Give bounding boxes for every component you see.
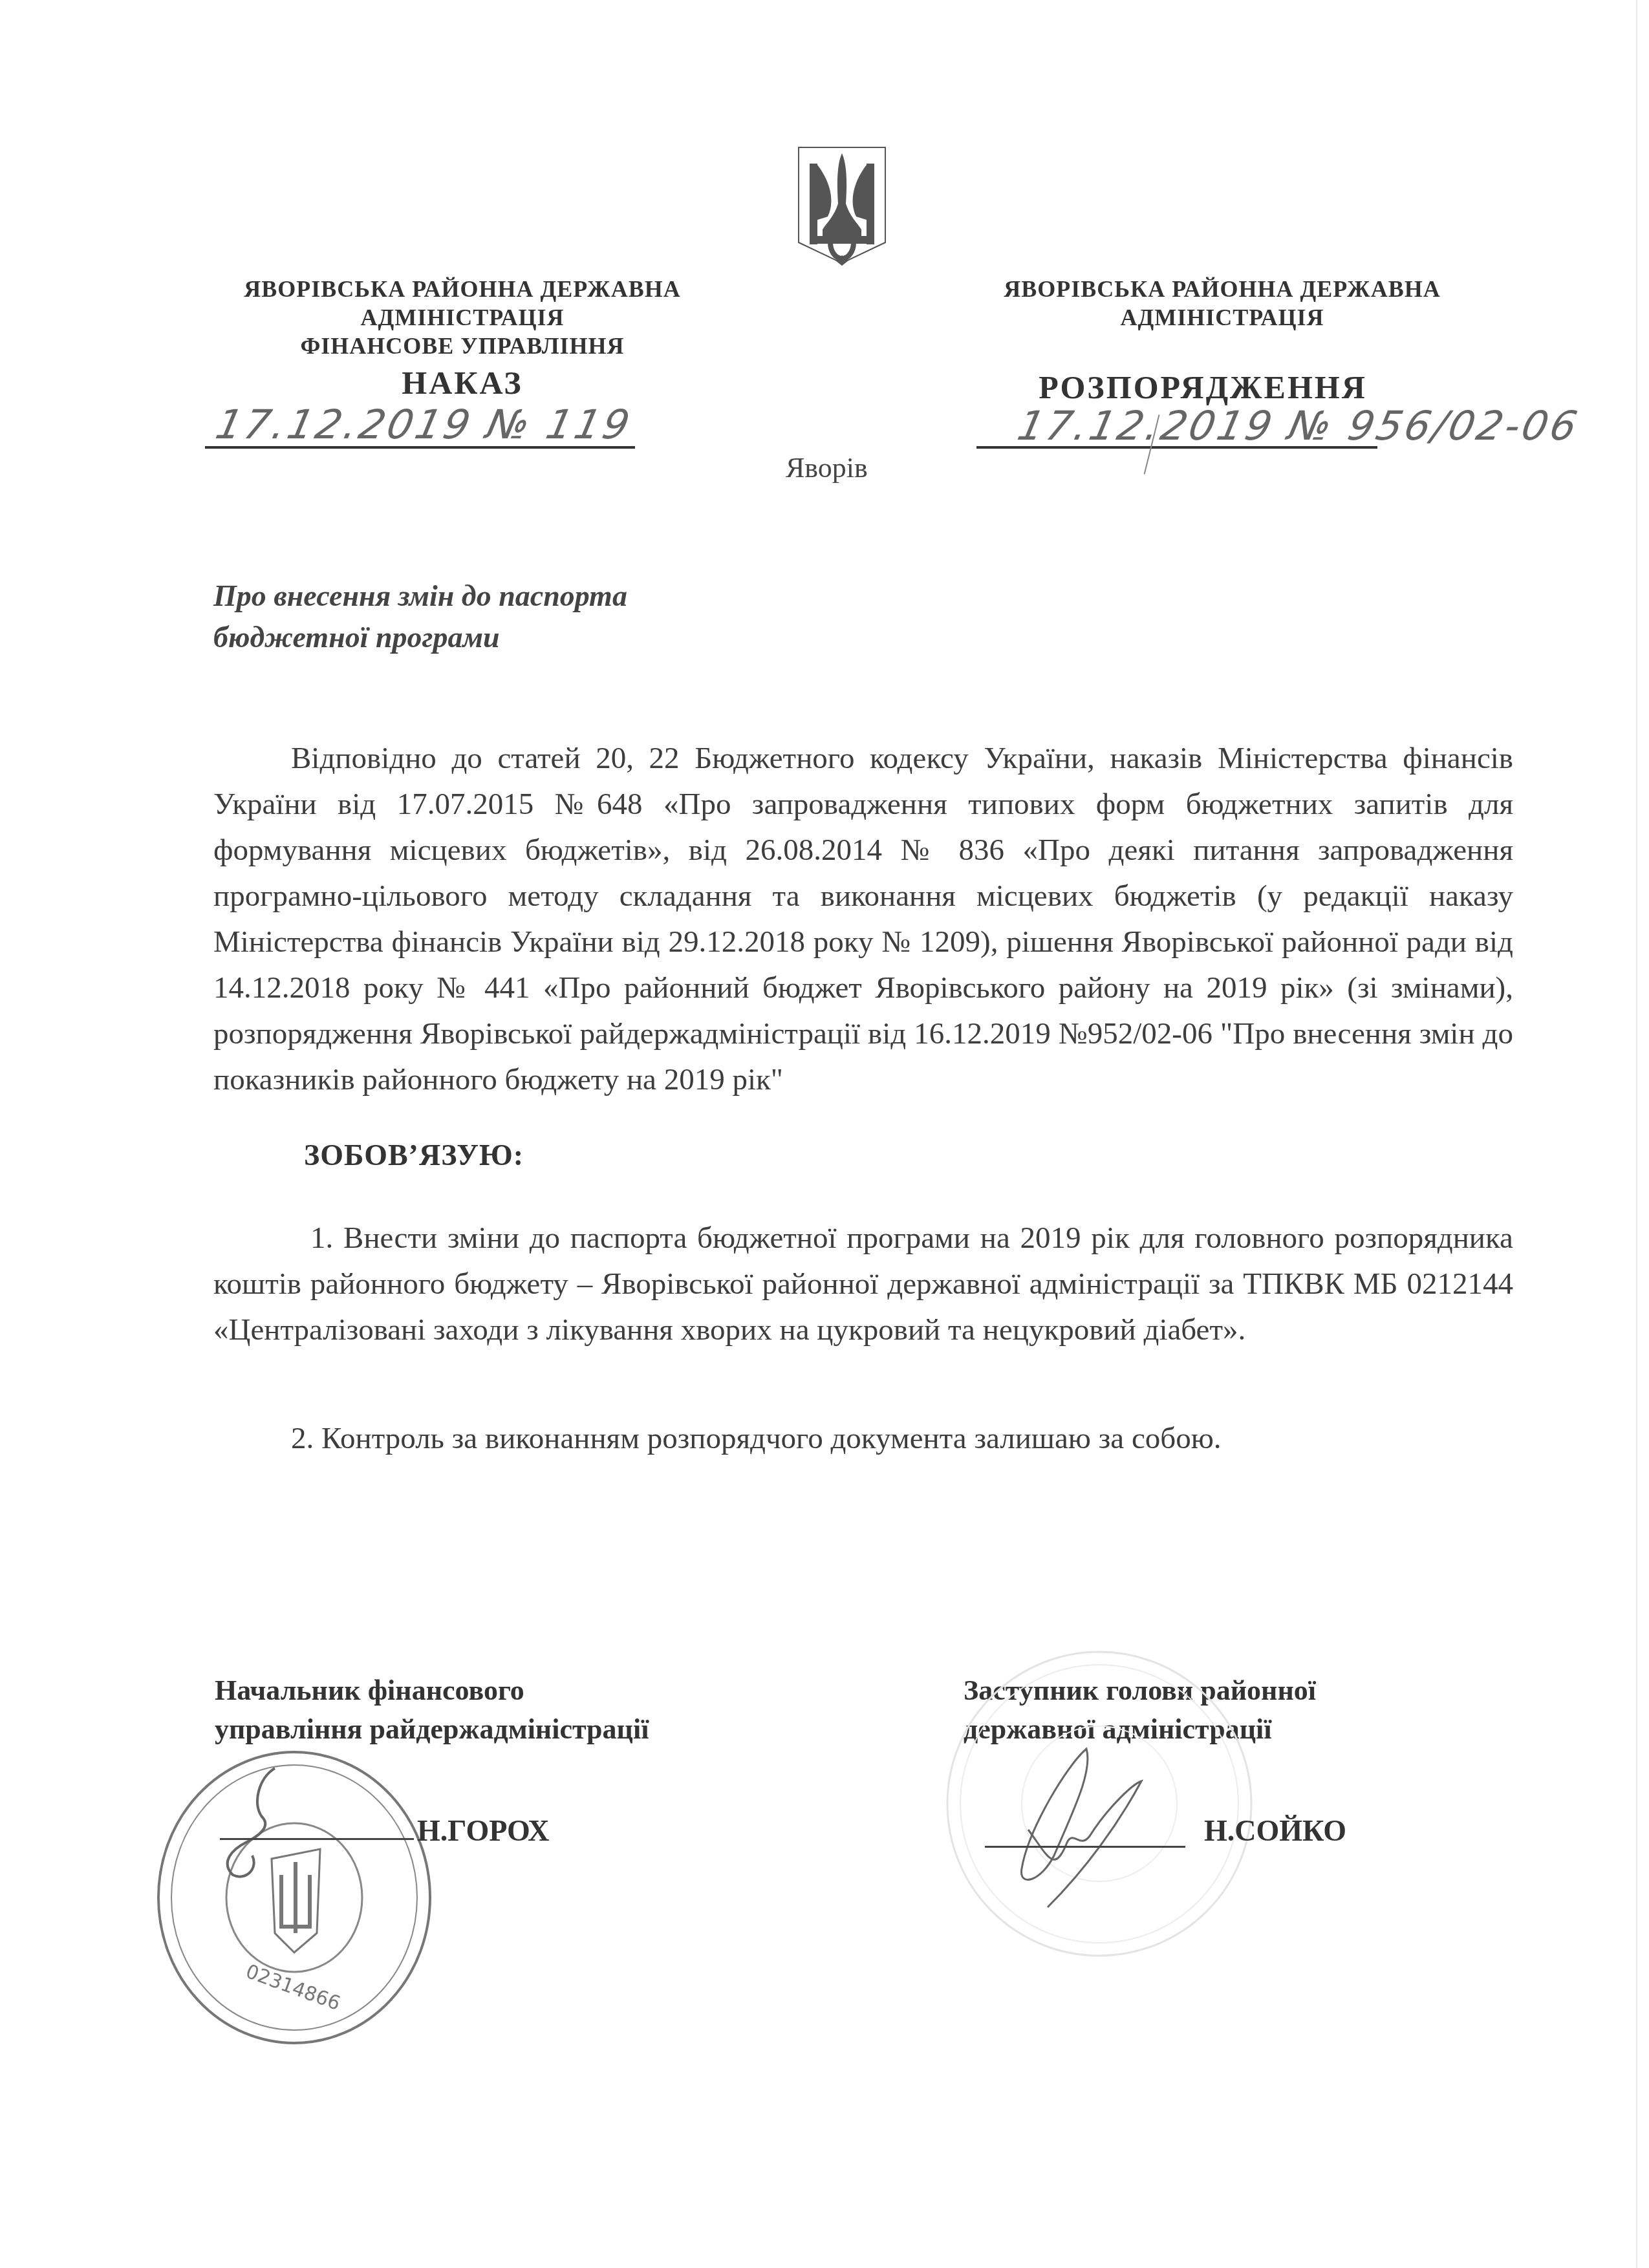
tryzub-coat-of-arms-icon [797,145,887,265]
order-item-2: 2. Контроль за виконанням розпорядчого д… [213,1416,1513,1462]
left-header-line: ФІНАНСОВЕ УПРАВЛІННЯ [200,332,724,360]
subject-line: бюджетної програми [213,617,795,658]
left-signature-line [220,1838,414,1840]
right-signature-line [985,1846,1185,1848]
right-doc-type: РОЗПОРЯДЖЕННЯ [1022,369,1384,406]
coat-of-arms [797,145,887,265]
scan-edge [1636,0,1637,2268]
preamble-paragraph: Відповідно до статей 20, 22 Бюджетного к… [213,736,1513,1103]
left-handwritten-signature [213,1765,304,1881]
right-handwritten-signature [1002,1746,1170,1920]
obligation-heading: ЗОБОВ’ЯЗУЮ: [304,1138,524,1172]
left-header-line: АДМІНІСТРАЦІЯ [200,303,724,332]
document-subject: Про внесення змін до паспорта бюджетної … [213,575,795,658]
left-date-underline [205,446,635,449]
left-signature-title: Начальник фінансового управління райдерж… [215,1671,649,1749]
right-header-line: АДМІНІСТРАЦІЯ [957,303,1487,332]
stamp-code: 02314866 [242,1960,343,2015]
signature-title-line: управління райдержадміністрації [215,1710,649,1749]
left-handwritten-date-number: 17.12.2019 № 119 [211,401,636,448]
left-signatory-name: Н.ГОРОХ [417,1813,549,1848]
right-date-underline [976,446,1377,449]
right-header: ЯВОРІВСЬКА РАЙОННА ДЕРЖАВНА АДМІНІСТРАЦІ… [957,275,1487,332]
order-item-1: 1. Внести зміни до паспорта бюджетної пр… [213,1215,1513,1353]
left-header: ЯВОРІВСЬКА РАЙОННА ДЕРЖАВНА АДМІНІСТРАЦІ… [200,275,724,401]
right-handwritten-date-number: 17.12.2019 № 956/02-06 [1013,402,1584,449]
right-signatory-name: Н.СОЙКО [1204,1813,1346,1848]
subject-line: Про внесення змін до паспорта [213,575,795,617]
signature-title-line: Начальник фінансового [215,1671,649,1710]
left-header-line: ЯВОРІВСЬКА РАЙОННА ДЕРЖАВНА [200,275,724,303]
right-header-line: ЯВОРІВСЬКА РАЙОННА ДЕРЖАВНА [957,275,1487,303]
left-doc-type: НАКАЗ [200,364,724,401]
city-name: Яворів [786,451,868,484]
